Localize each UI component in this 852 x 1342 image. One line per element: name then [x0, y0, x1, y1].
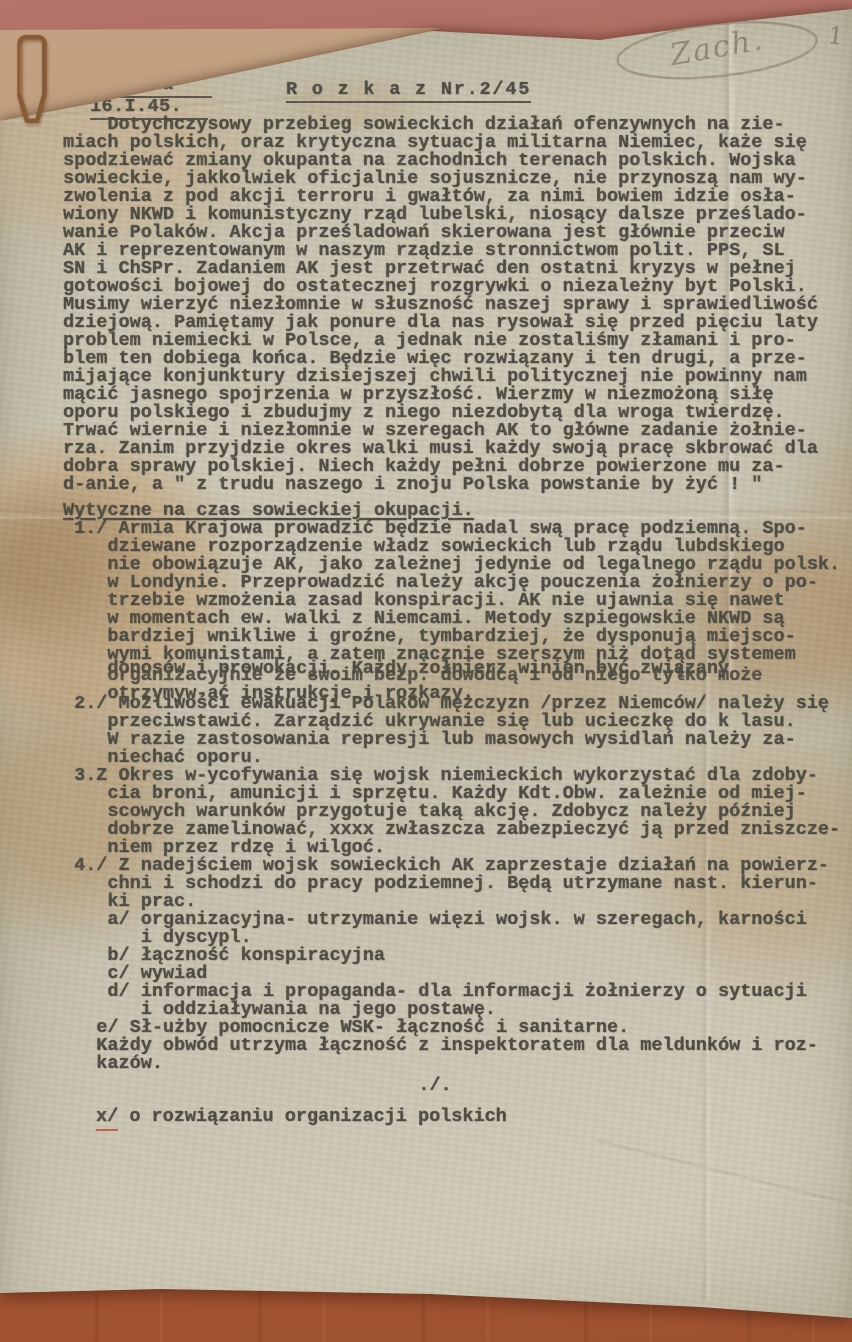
footnote: x/ o rozwiązaniu organizacji polskich — [63, 1106, 507, 1131]
photo-scene: Tkalnia 16.I.45. R o z k a z Nr.2/45 Dot… — [0, 0, 852, 1342]
header-place: Tkalnia — [93, 74, 212, 98]
typed-line: d-anie, a " z trudu naszego i znoju Pols… — [63, 476, 852, 494]
typed-line: Każdy obwód utrzyma łączność z inspektor… — [63, 1037, 852, 1055]
document-paper: Tkalnia 16.I.45. R o z k a z Nr.2/45 Dot… — [0, 0, 852, 1342]
typed-lines-list: Dotychczysowy przebieg sowieckich działa… — [63, 116, 852, 1095]
paper-wrap: Tkalnia 16.I.45. R o z k a z Nr.2/45 Dot… — [0, 0, 852, 1342]
header-place-label: Tkalnia — [93, 74, 212, 98]
footnote-marker: x/ — [96, 1106, 118, 1131]
typed-line: kazów. — [63, 1055, 852, 1073]
typed-content: Tkalnia 16.I.45. R o z k a z Nr.2/45 Dot… — [0, 0, 852, 1342]
typed-line: ./. — [63, 1077, 852, 1095]
paperclip — [6, 32, 58, 130]
typed-line: organizacyjnie ze swoim bezp. dowódcą i … — [63, 667, 852, 685]
order-title: R o z k a z Nr.2/45 — [286, 79, 531, 103]
order-title-label: R o z k a z Nr.2/45 — [286, 79, 531, 103]
footnote-text: o rozwiązaniu organizacji polskich — [118, 1106, 507, 1127]
